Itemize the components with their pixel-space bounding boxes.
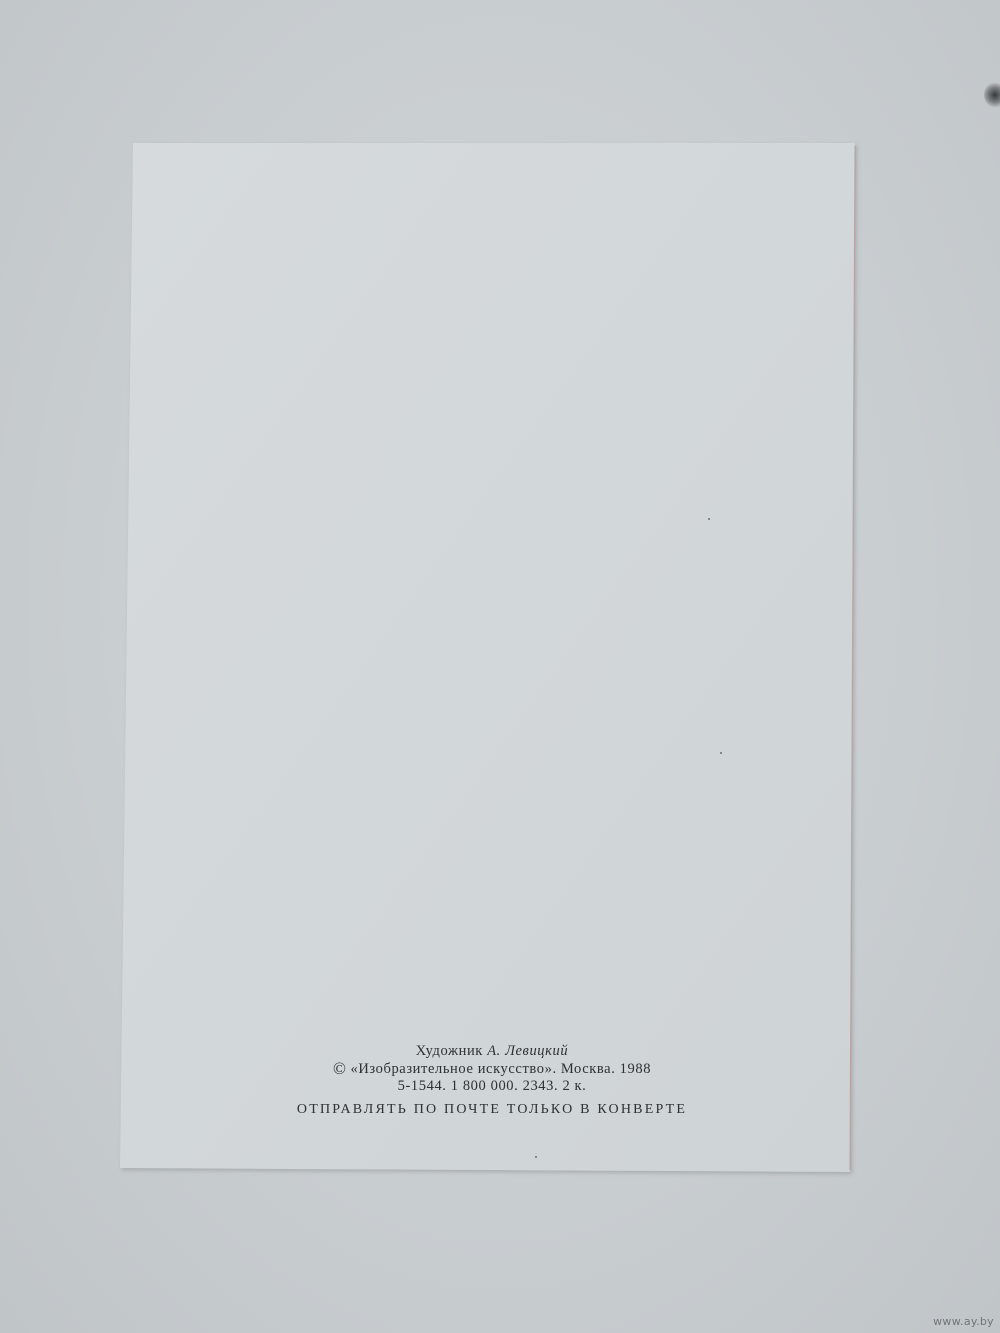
artist-name: А. Левицкий xyxy=(487,1043,568,1059)
speck xyxy=(708,518,710,520)
speck xyxy=(720,752,722,754)
artist-line: Художник А. Левицкий xyxy=(282,1043,702,1060)
mail-notice: ОТПРАВЛЯТЬ ПО ПОЧТЕ ТОЛЬКО В КОНВЕРТЕ xyxy=(262,1102,722,1118)
speck xyxy=(535,1156,537,1158)
watermark: www.ay.by xyxy=(933,1315,994,1328)
publisher-line: ©«Изобразительное искусство». Москва. 19… xyxy=(282,1060,702,1078)
print-info: 5-1544. 1 800 000. 2343. 2 к. xyxy=(282,1078,702,1095)
postcard: Художник А. Левицкий ©«Изобразительное и… xyxy=(0,0,1000,1333)
artist-prefix: Художник xyxy=(416,1043,483,1059)
credits-block: Художник А. Левицкий ©«Изобразительное и… xyxy=(282,1043,702,1095)
publisher-text: «Изобразительное искусство». Москва. 198… xyxy=(350,1061,651,1077)
copyright-icon: © xyxy=(333,1060,347,1077)
postcard-paper xyxy=(0,0,1000,1333)
